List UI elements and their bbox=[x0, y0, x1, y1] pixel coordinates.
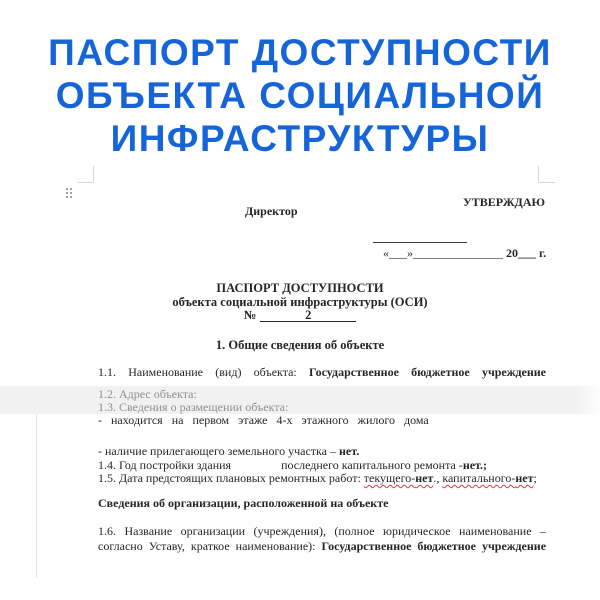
approve-label: УТВЕРЖДАЮ bbox=[463, 196, 545, 209]
doc-number: №2 bbox=[0, 309, 600, 322]
current-word: текущего- bbox=[364, 471, 415, 485]
capital-value: нет bbox=[515, 471, 533, 485]
para-1-5-prefix: 1.5. Дата предстоящих плановых ремонтных… bbox=[98, 471, 361, 485]
land-label: - наличие прилегающего земельного участк… bbox=[98, 444, 336, 458]
para-1-4-value: нет.; bbox=[463, 458, 487, 472]
current-value: нет bbox=[415, 471, 433, 485]
date-year: 20___ г. bbox=[506, 246, 546, 260]
drag-handle-icon[interactable] bbox=[65, 187, 72, 198]
para-1-1: 1.1. Наименование (вид) объекта: Государ… bbox=[98, 366, 546, 379]
para-1-5-sep: ., bbox=[433, 471, 442, 485]
para-1-5: 1.5. Дата предстоящих плановых ремонтных… bbox=[98, 472, 537, 485]
para-1-1-label: 1.1. Наименование (вид) объекта: bbox=[98, 365, 297, 379]
poster-title-line2: ОБЪЕКТА СОЦИАЛЬНОЙ bbox=[0, 74, 600, 117]
para-1-6: 1.6. Название организации (учреждения), … bbox=[98, 524, 546, 553]
para-1-6-value: Государственное бюджетное учреждение bbox=[322, 539, 547, 553]
land-line: - наличие прилегающего земельного участк… bbox=[98, 445, 359, 458]
page-margin-corner-right-icon bbox=[538, 166, 555, 183]
spellcheck-word-capital: капитального-нет bbox=[442, 471, 533, 485]
located-line: - находится на первом этаже 4-х этажного… bbox=[98, 414, 518, 427]
para-1-5-tail: ; bbox=[533, 471, 536, 485]
number-sign: № bbox=[244, 308, 257, 322]
para-1-1-value: Государственное бюджетное учреждение bbox=[309, 365, 546, 379]
poster-title-line3: ИНФРАСТРУКТУРЫ bbox=[0, 117, 600, 160]
signature-line bbox=[373, 242, 467, 243]
date-fill: _______________ bbox=[413, 246, 503, 260]
para-1-4-prefix: 1.4. Год постройки здания bbox=[98, 458, 231, 472]
section1-heading: 1. Общие сведения об объекте bbox=[0, 339, 600, 352]
date-quote: «___» bbox=[383, 246, 413, 260]
doc-title: ПАСПОРТ ДОСТУПНОСТИ bbox=[0, 282, 600, 295]
land-value: нет. bbox=[339, 444, 359, 458]
spellcheck-word-current: текущего-нет bbox=[364, 471, 434, 485]
doc-subtitle: объекта социальной инфраструктуры (ОСИ) bbox=[0, 296, 600, 309]
poster-title: ПАСПОРТ ДОСТУПНОСТИ ОБЪЕКТА СОЦИАЛЬНОЙ И… bbox=[0, 31, 600, 160]
poster-title-line1: ПАСПОРТ ДОСТУПНОСТИ bbox=[0, 31, 600, 74]
capital-word: капитального- bbox=[442, 471, 515, 485]
page: ПАСПОРТ ДОСТУПНОСТИ ОБЪЕКТА СОЦИАЛЬНОЙ И… bbox=[0, 0, 600, 600]
org-heading: Сведения об организации, расположенной н… bbox=[98, 497, 388, 510]
director-label: Директор bbox=[245, 205, 298, 218]
page-margin-corner-left-icon bbox=[78, 166, 94, 183]
para-1-4-middle: последнего капитального ремонта - bbox=[281, 458, 463, 472]
number-value: 2 bbox=[260, 309, 356, 322]
date-line: «___»_______________ 20___ г. bbox=[383, 247, 546, 260]
highlight-band bbox=[0, 386, 600, 414]
page-edge-line bbox=[36, 386, 37, 578]
